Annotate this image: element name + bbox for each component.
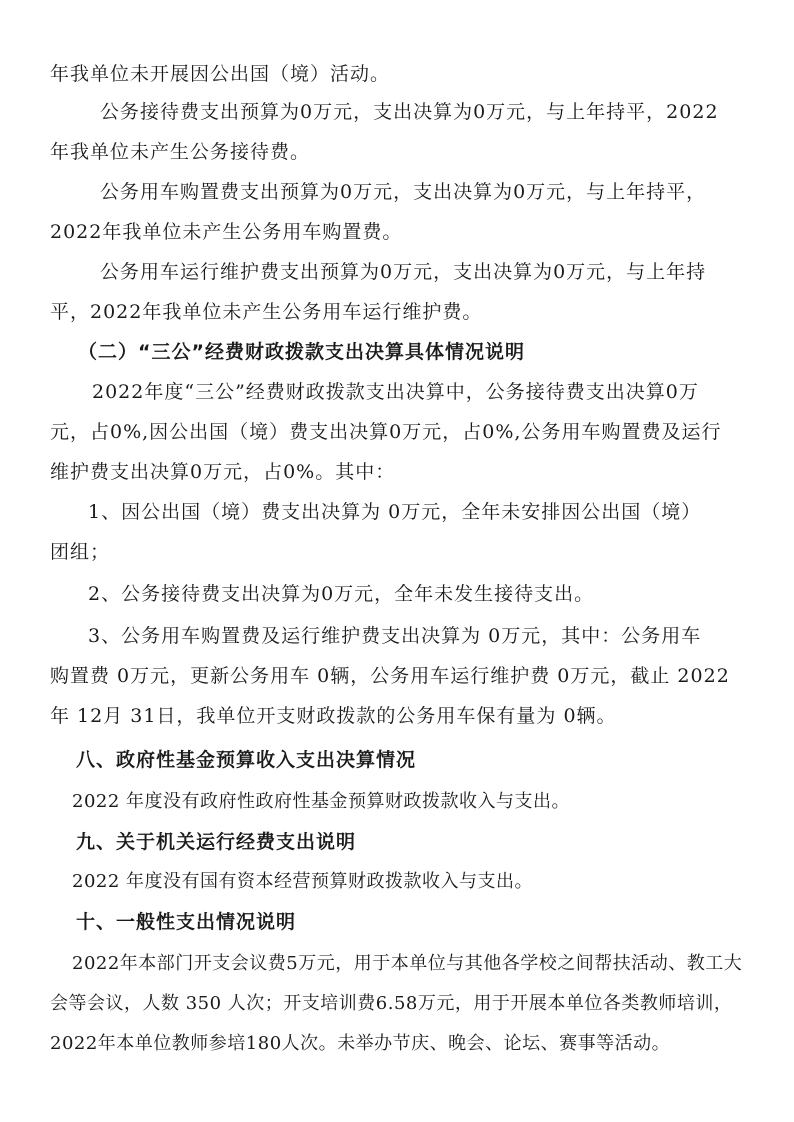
paragraph-line: 元，占0%,因公出国（境）费支出决算0万元，占0%,公务用车购置费及运行: [50, 420, 721, 444]
paragraph-line: 公务用车购置费支出预算为0万元，支出决算为0万元，与上年持平，: [100, 180, 706, 204]
paragraph-line: 会等会议，人数 350 人次；开支培训费6.58万元，用于开展本单位各类教师培训…: [50, 992, 732, 1016]
section-heading-10: 十、一般性支出情况说明: [76, 910, 296, 934]
paragraph-line: 公务用车运行维护费支出预算为0万元，支出决算为0万元，与上年持: [100, 260, 706, 284]
paragraph-line: 2022年本单位教师参培180人次。未举办节庆、晚会、论坛、赛事等活动。: [50, 1032, 670, 1056]
paragraph-line: 2022年本部门开支会议费5万元，用于本单位与其他各学校之间帮扶活动、教工大: [72, 952, 742, 976]
paragraph-line: 2022 年度没有国有资本经营预算财政拨款收入与支出。: [72, 870, 533, 894]
paragraph-line: 2022年我单位未产生公务用车购置费。: [50, 220, 402, 244]
paragraph-line: 年我单位未开展因公出国（境）活动。: [50, 62, 390, 86]
paragraph-line: 年我单位未产生公务接待费。: [50, 140, 310, 164]
paragraph-line: 年 12月 31日，我单位开支财政拨款的公务用车保有量为 0辆。: [50, 704, 617, 728]
section-heading-9: 九、关于机关运行经费支出说明: [76, 830, 356, 854]
list-item-3: 3、公务用车购置费及运行维护费支出决算为 0万元，其中：公务用车: [88, 624, 701, 648]
paragraph-line: 团组；: [50, 540, 110, 564]
list-item-2: 2、公务接待费支出决算为0万元，全年未发生接待支出。: [88, 582, 594, 606]
paragraph-line: 公务接待费支出预算为0万元，支出决算为0万元，与上年持平，2022: [100, 100, 719, 124]
paragraph-line: 维护费支出决算0万元，占0%。其中：: [50, 460, 395, 484]
section-heading-8: 八、政府性基金预算收入支出决算情况: [76, 748, 416, 772]
section-heading-sangong: （二）“三公”经费财政拨款支出决算具体情况说明: [78, 340, 525, 364]
paragraph-line: 平，2022年我单位未产生公务用车运行维护费。: [50, 300, 482, 324]
paragraph-line: 购置费 0万元，更新公务用车 0辆，公务用车运行维护费 0万元，截止 2022: [50, 664, 730, 688]
paragraph-line: 2022年度“三公”经费财政拨款支出决算中，公务接待费支出决算0万: [92, 380, 699, 404]
list-item-1: 1、因公出国（境）费支出决算为 0万元，全年未安排因公出国（境）: [88, 500, 701, 524]
paragraph-line: 2022 年度没有政府性政府性基金预算财政拨款收入与支出。: [72, 790, 570, 814]
